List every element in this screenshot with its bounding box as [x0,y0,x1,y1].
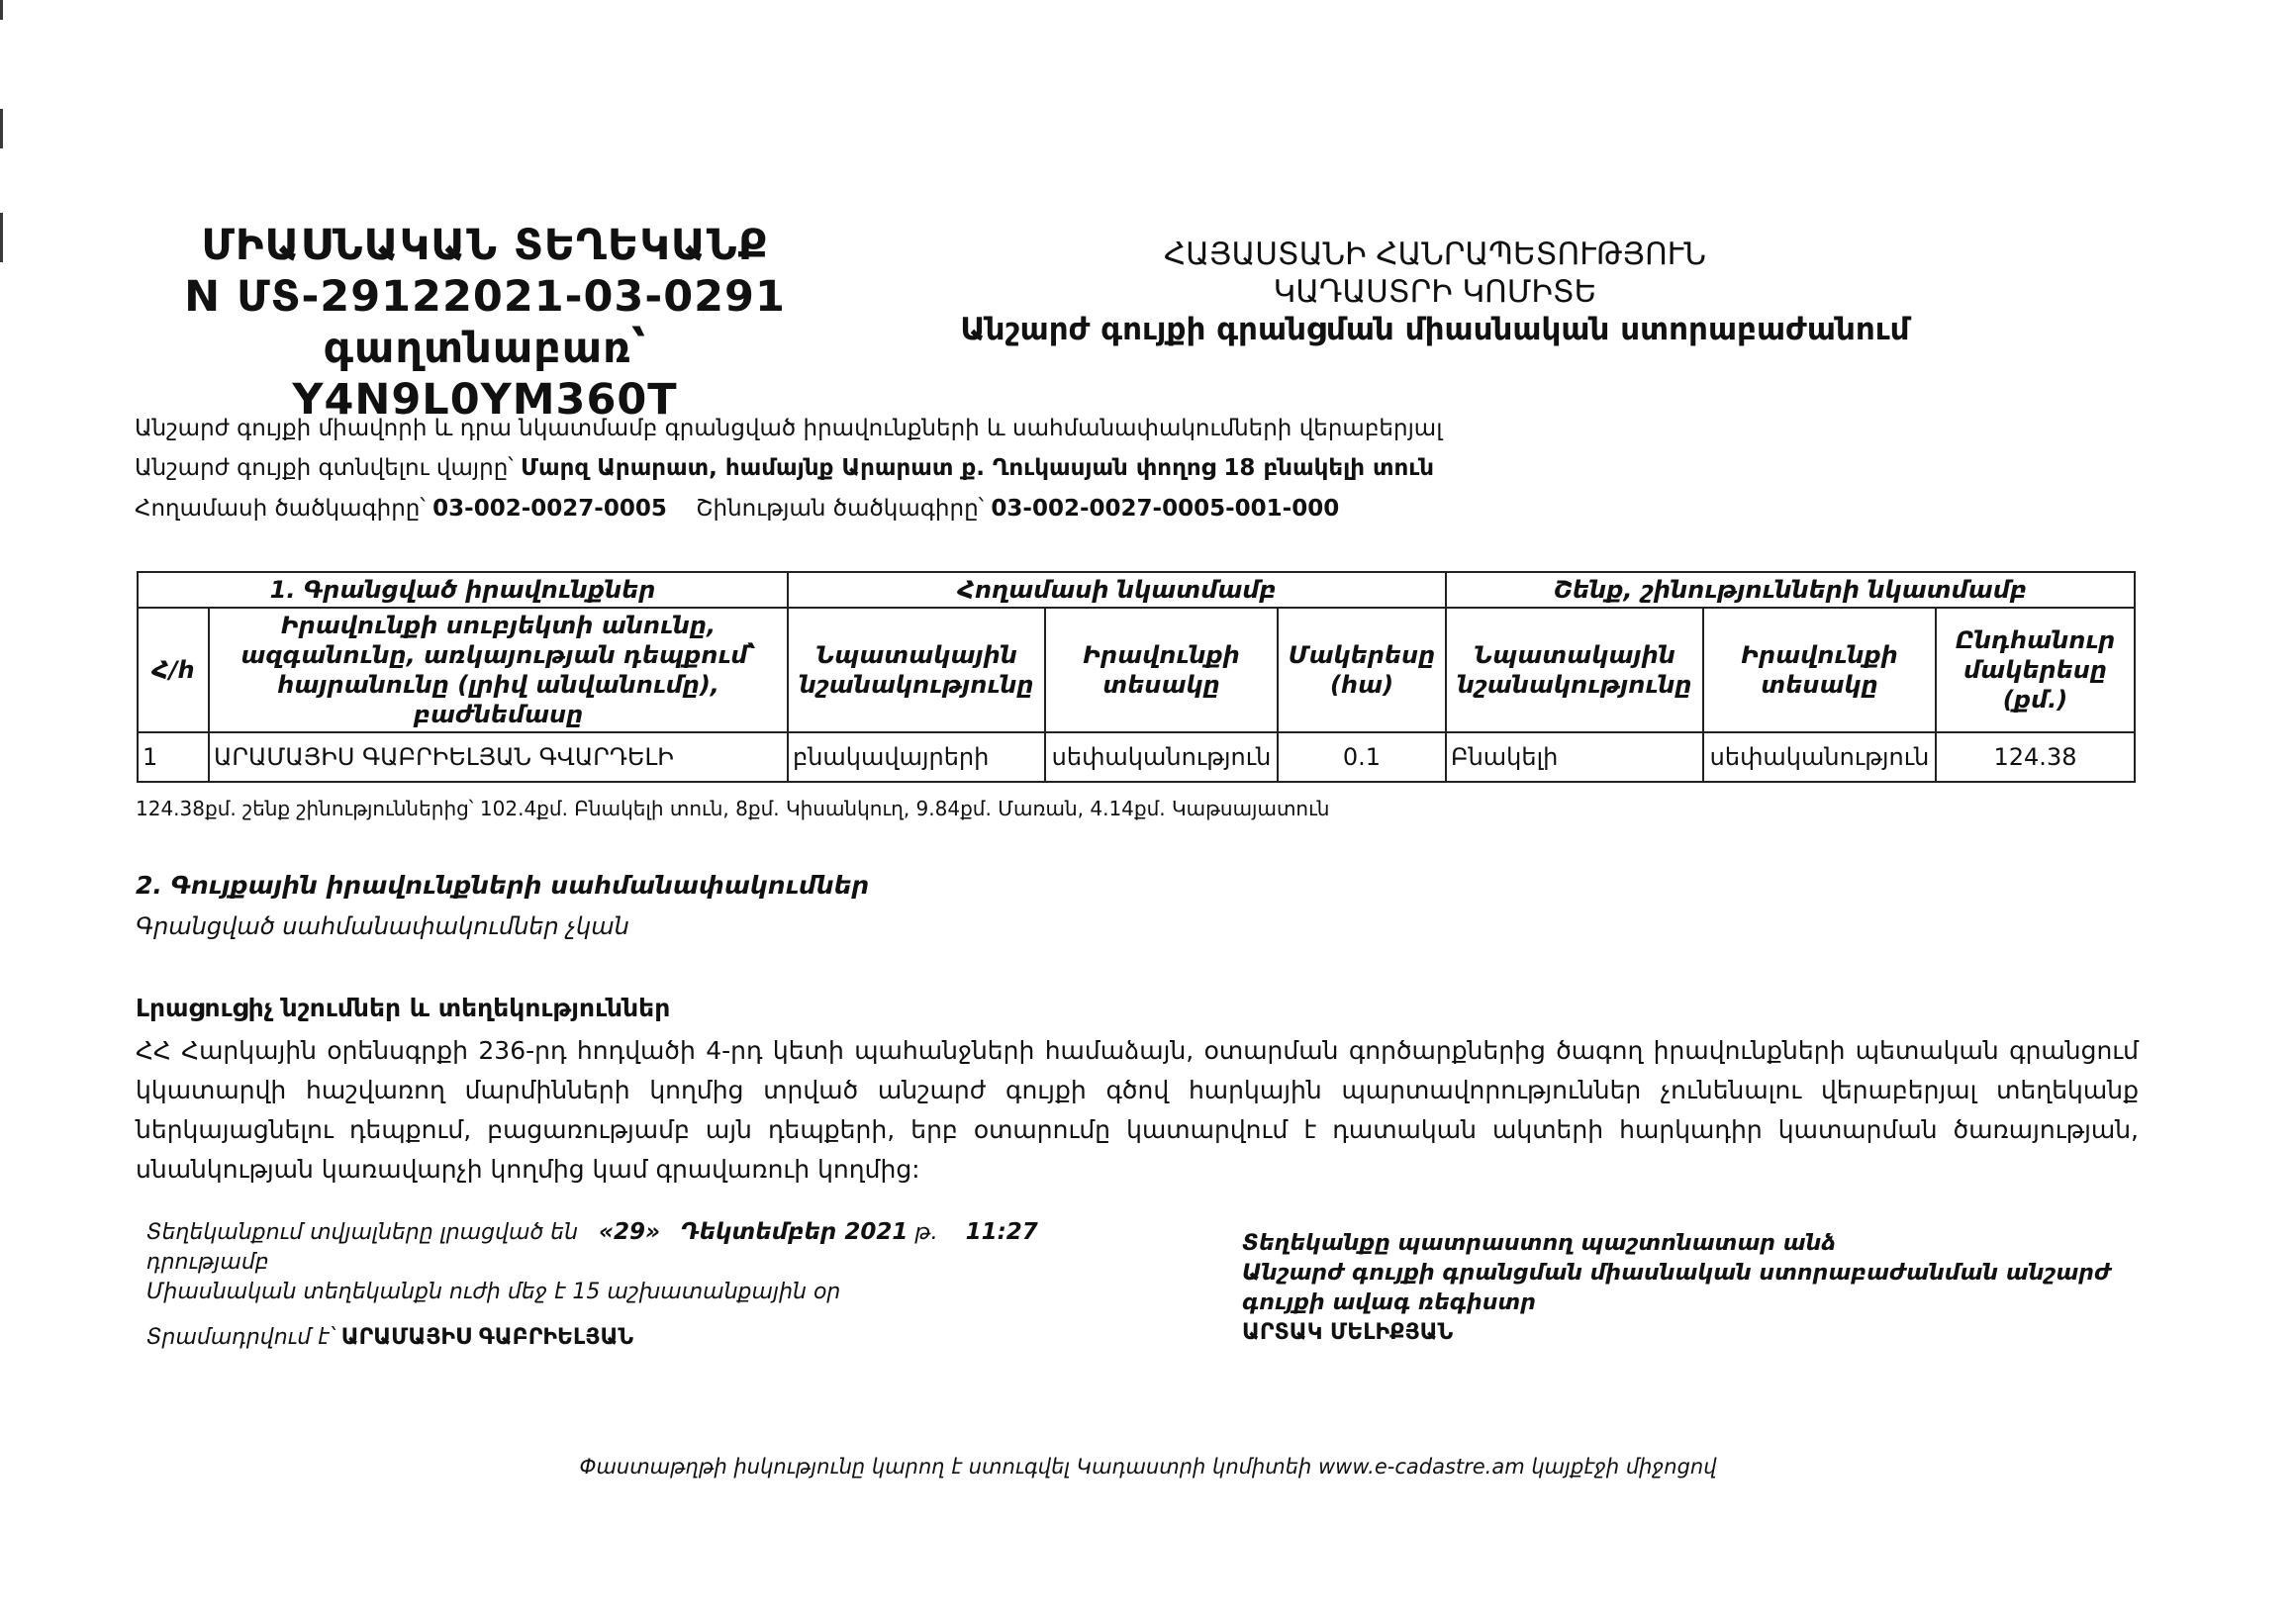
info-codes: Հողամասի ծածկագիրը՝ 03-002-0027-0005 Շին… [135,496,1339,522]
table-row: 1 ԱՐԱՄԱՅԻՍ ԳԱԲՐԻԵԼՅԱՆ ԳՎԱՐԴԵԼԻ բնակավայր… [138,732,2135,782]
col-land-purpose: Նպատակային նշանակությունը [788,608,1045,732]
footer-left: Տեղեկանքում տվյալները լրացված են «29» Դե… [146,1217,1038,1353]
filled-month-year: Դեկտեմբեր 2021 [681,1219,908,1245]
footer-right: Տեղեկանքը պատրաստող պաշտոնատար անձ Անշար… [1242,1229,2111,1348]
info-intro: Անշարժ գույքի միավորի և դրա նկատմամբ գրա… [135,416,1442,441]
scan-edge-mark [0,213,3,262]
issued-to-line: Տրամադրվում է՝ ԱՐԱՄԱՅԻՍ ԳԱԲՐԻԵԼՅԱՆ [146,1323,1038,1353]
issued-to-name: ԱՐԱՄԱՅԻՍ ԳԱԲՐԻԵԼՅԱՆ [341,1325,633,1350]
col-building-purpose: Նպատակային նշանակությունը [1446,608,1703,732]
supplementary-text: ՀՀ Հարկային օրենսգրքի 236-րդ հոդվածի 4-ր… [136,1031,2139,1190]
registered-rights-table: 1. Գրանցված իրավունքներ Հողամասի նկատմամ… [137,571,2136,783]
group-header-buildings: Շենք, շինությունների նկատմամբ [1446,572,2135,608]
supplementary-title: Լրացուցիչ նշումներ և տեղեկություններ [136,994,670,1022]
document-number: N ՄՏ-29122021-03-0291 [158,271,812,323]
land-code: 03-002-0027-0005 [432,496,667,522]
document-header-right: ՀԱՅԱՍՏԱՆԻ ՀԱՆՐԱՊԵՏՈՒԹՅՈՒՆ ԿԱԴԱՍՏՐԻ ԿՈՄԻՏ… [896,236,1974,348]
filled-day: «29» [599,1219,660,1245]
group-header-rights: 1. Գրանցված իրավունքներ [138,572,788,608]
col-subject: Իրավունքի սուբյեկտի անունը, ազգանունը, ա… [209,608,788,732]
table-column-header-row: Հ/հ Իրավունքի սուբյեկտի անունը, ազգանուն… [138,608,2135,732]
document-header-left: ՄԻԱՍՆԱԿԱՆ ՏԵՂԵԿԱՆՔ N ՄՏ-29122021-03-0291… [158,220,812,426]
location-value: Մարզ Արարատ, համայնք Արարատ ք. Ղուկասյան… [521,455,1434,481]
official-unit: Անշարժ գույքի գրանցման միասնական ստորաբա… [1242,1259,2111,1289]
filled-date-line: Տեղեկանքում տվյալները լրացված են «29» Դե… [146,1217,1038,1248]
official-position: գույքի ավագ ռեգիստր [1242,1289,2111,1318]
scan-edge-mark [0,109,3,148]
issuer-unit: Անշարժ գույքի գրանցման միասնական ստորաբա… [896,311,1974,348]
official-title: Տեղեկանքը պատրաստող պաշտոնատար անձ [1242,1229,2111,1259]
info-location: Անշարժ գույքի գտնվելու վայրը՝ Մարզ Արարա… [135,455,1434,481]
filled-time: 11:27 [966,1219,1038,1245]
building-area-breakdown: 124.38քմ. շենք շինություններից՝ 102.4քմ.… [136,797,1329,820]
verification-note: Փաստաթղթի իսկությունը կարող է ստուգվել Կ… [0,1455,2296,1479]
building-code: 03-002-0027-0005-001-000 [991,496,1339,522]
restrictions-text: Գրանցված սահմանափակումներ չկան [136,912,629,940]
validity-note: Միասնական տեղեկանքն ուժի մեջ է 15 աշխատա… [146,1278,1038,1307]
col-land-area: Մակերեսը (հա) [1278,608,1446,732]
col-number: Հ/հ [138,608,209,732]
col-building-right-type: Իրավունքի տեսակը [1703,608,1936,732]
col-land-right-type: Իրավունքի տեսակը [1045,608,1278,732]
group-header-land: Հողամասի նկատմամբ [788,572,1446,608]
scan-edge-mark [0,0,3,20]
document-title: ՄԻԱՍՆԱԿԱՆ ՏԵՂԵԿԱՆՔ [158,220,812,271]
official-name: ԱՐՏԱԿ ՄԵԼԻՔՅԱՆ [1242,1318,2111,1348]
table-group-header-row: 1. Գրանցված իրավունքներ Հողամասի նկատմամ… [138,572,2135,608]
col-building-area: Ընդհանուր մակերեսը (քմ.) [1936,608,2135,732]
issuer-committee: ԿԱԴԱՍՏՐԻ ԿՈՄԻՏԵ [896,273,1974,311]
issuer-country: ՀԱՅԱՍՏԱՆԻ ՀԱՆՐԱՊԵՏՈՒԹՅՈՒՆ [896,236,1974,273]
document-password: գաղտնաբառ՝ Y4N9L0YM360T [158,323,812,426]
restrictions-title: 2. Գույքային իրավունքների սահմանափակումն… [136,871,869,900]
